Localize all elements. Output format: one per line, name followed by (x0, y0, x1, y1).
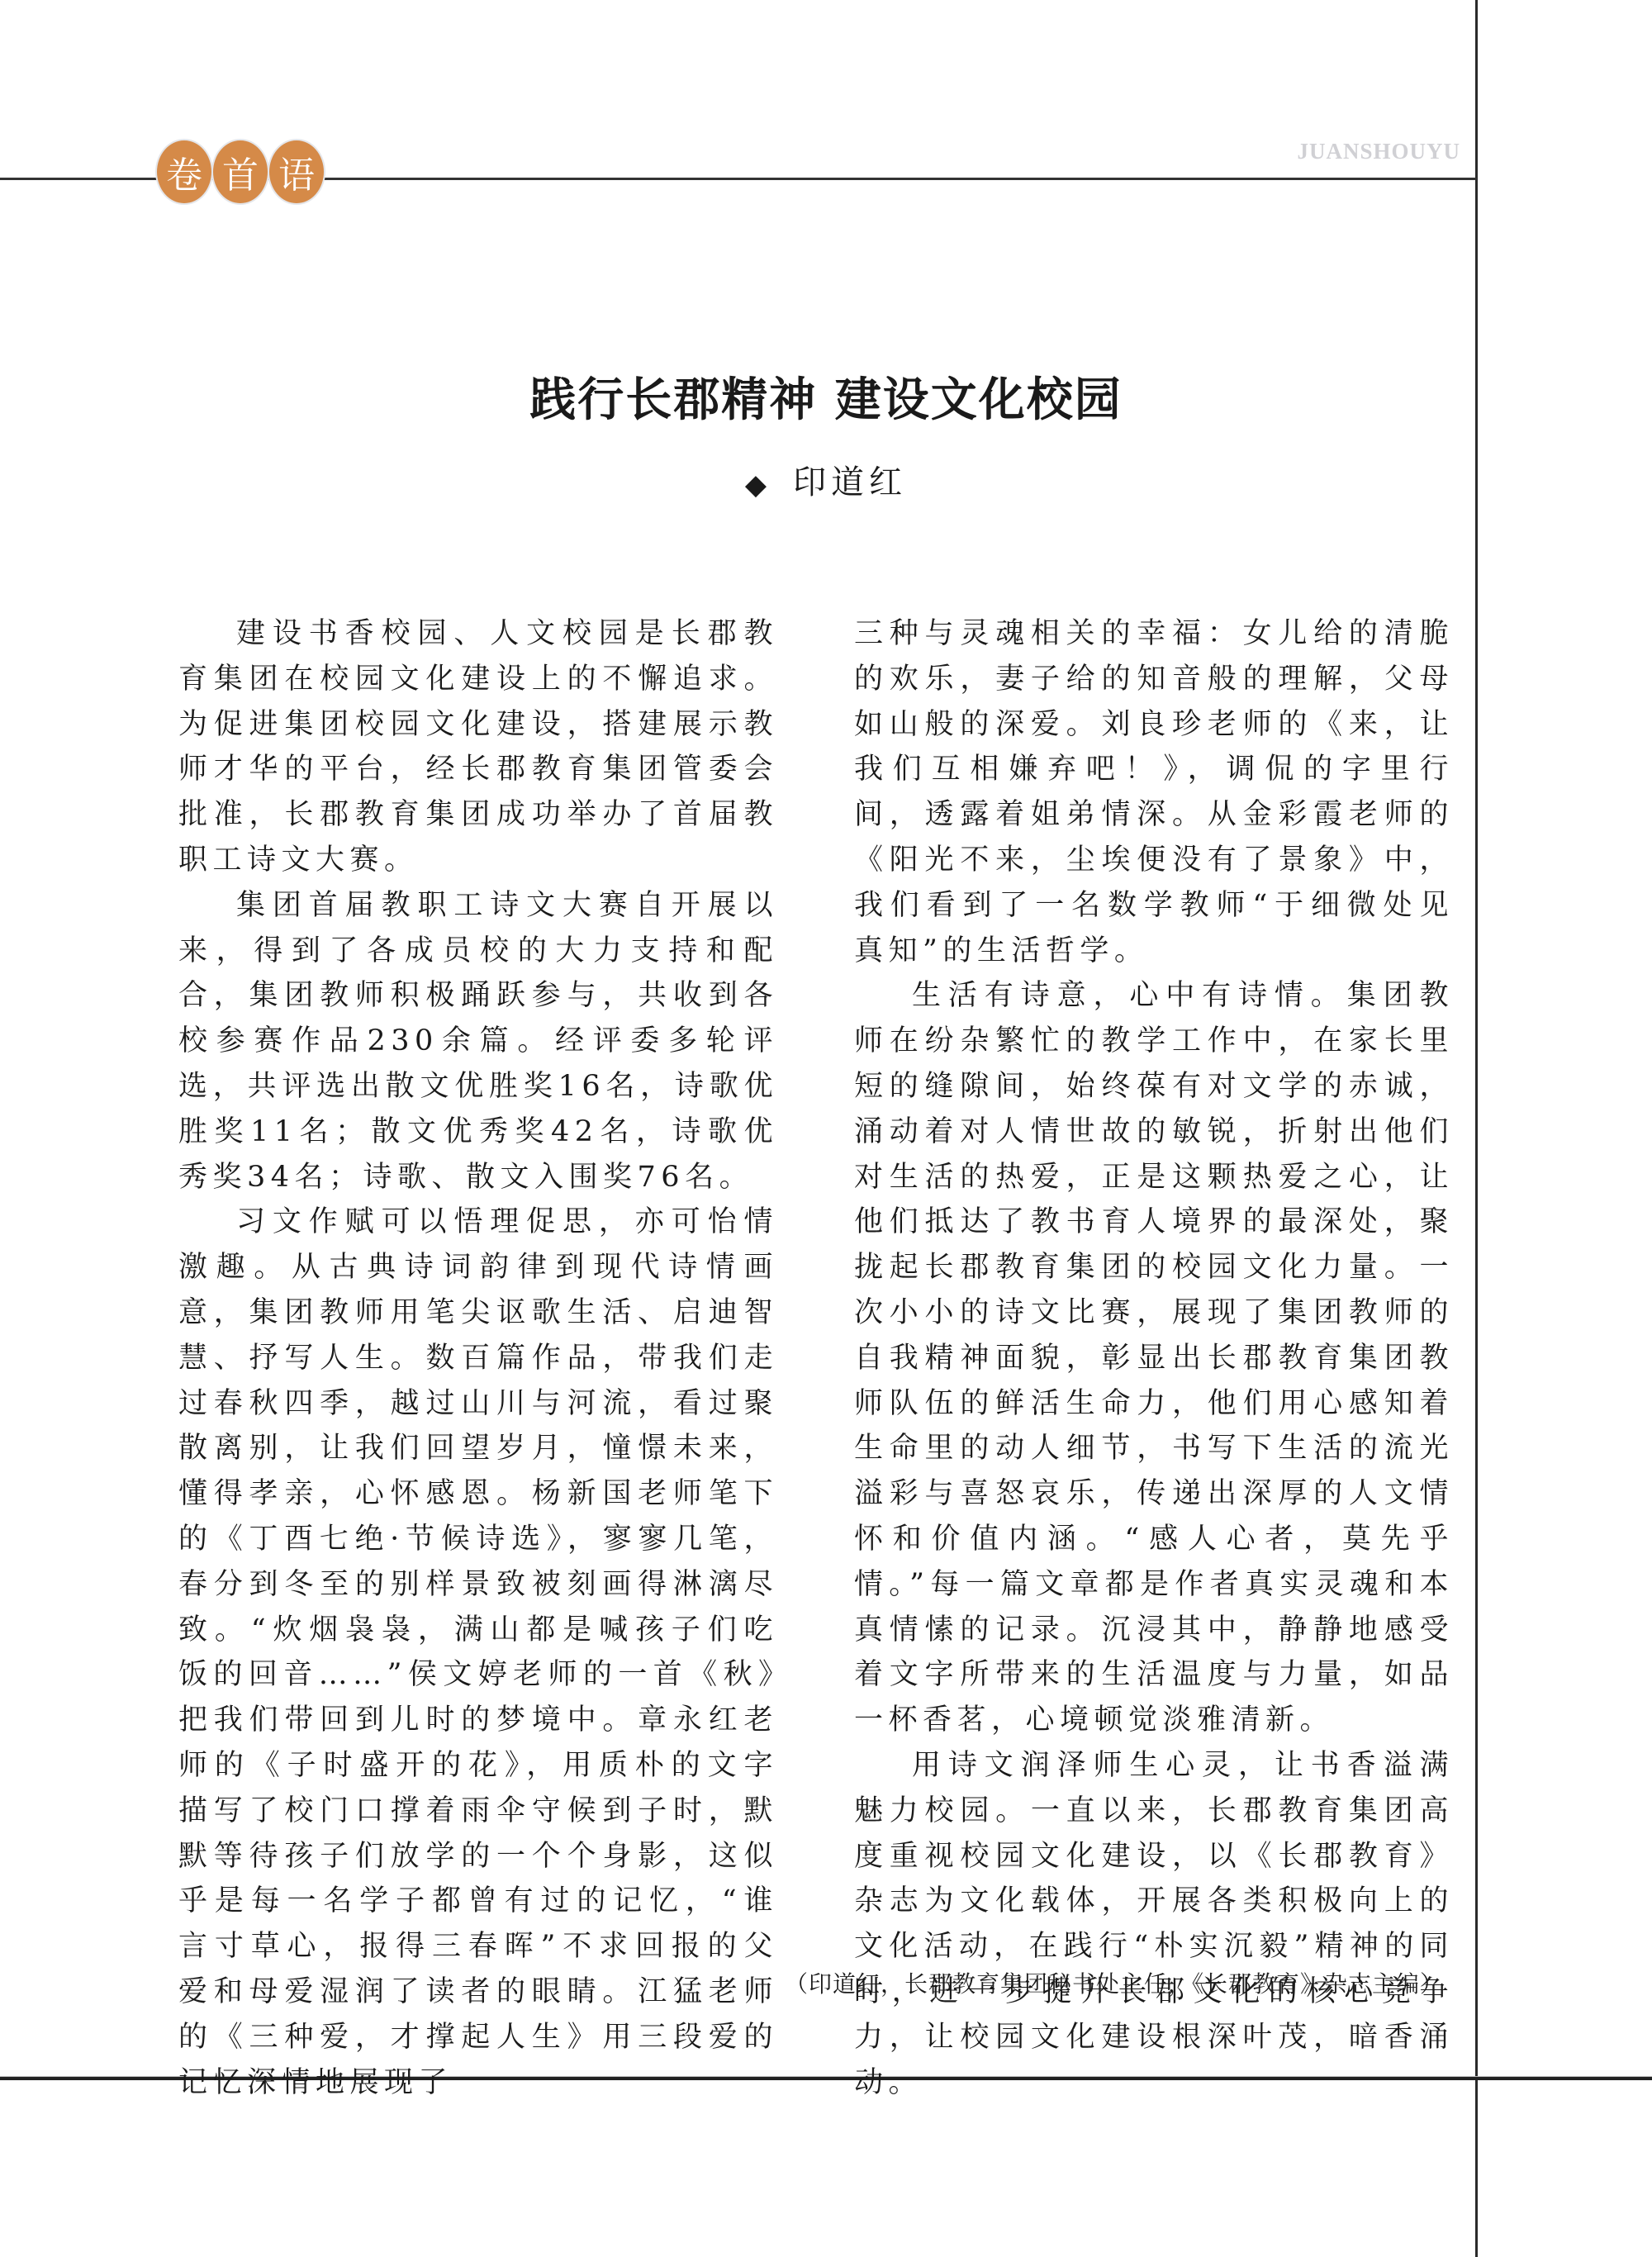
left-column: 建设书香校园、人文校园是长郡教育集团在校园文化建设上的不懈追求。为促进集团校园文… (178, 611, 778, 2105)
paragraph: 习文作赋可以悟理促思，亦可怡情激趣。从古典诗词韵律到现代诗情画意，集团教师用笔尖… (178, 1200, 778, 2105)
author-name: 印道红 (793, 463, 907, 501)
section-badge: 卷 (155, 139, 213, 205)
paragraph: 集团首届教职工诗文大赛自开展以来，得到了各成员校的大力支持和配合，集团教师积极踊… (178, 883, 778, 1200)
section-badge: 首 (211, 139, 269, 205)
paragraph: 建设书香校园、人文校园是长郡教育集团在校园文化建设上的不懈追求。为促进集团校园文… (178, 611, 778, 883)
paragraph: 生活有诗意，心中有诗情。集团教师在纷杂繁忙的教学工作中，在家长里短的缝隙间，始终… (854, 973, 1454, 1743)
section-badge: 语 (268, 139, 325, 205)
diamond-icon: ◆ (745, 468, 771, 501)
right-column: 三种与灵魂相关的幸福：女儿给的清脆的欢乐，妻子给的知音般的理解，父母如山般的深爱… (854, 611, 1454, 2105)
article-title: 践行长郡精神 建设文化校园 (0, 363, 1652, 430)
page-edge-rule (1475, 0, 1478, 2257)
section-label-en: JUANSHOUYU (1297, 139, 1460, 164)
author-note: （印道红，长郡教育集团秘书处主任，《长郡教育》杂志主编） (785, 1966, 1444, 1999)
paragraph: 用诗文润泽师生心灵，让书香溢满魅力校园。一直以来，长郡教育集团高度重视校园文化建… (854, 1743, 1454, 2105)
paragraph-continuation: 三种与灵魂相关的幸福：女儿给的清脆的欢乐，妻子给的知音般的理解，父母如山般的深爱… (854, 611, 1454, 973)
author-line: ◆印道红 (0, 456, 1652, 503)
section-badges: 卷 首 语 (155, 139, 324, 205)
